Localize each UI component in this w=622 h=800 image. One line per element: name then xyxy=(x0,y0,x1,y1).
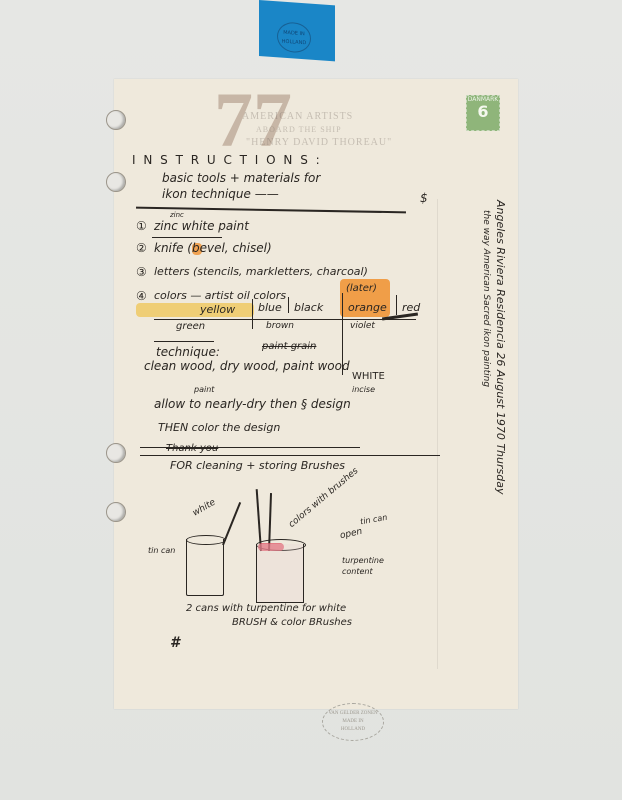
caption-line: 2 cans with turpentine for white xyxy=(186,603,346,614)
color-cell: black xyxy=(294,301,323,314)
letterhead-line: "HENRY DAVID THOREAU" xyxy=(246,137,392,148)
yellow-swatch xyxy=(136,303,254,317)
then-line: THEN color the design xyxy=(158,421,280,434)
binder-hole xyxy=(106,110,126,130)
sketch-label-tin-can: tin can xyxy=(148,545,176,556)
vertical-margin-note-line2: the way American Sacred ikon painting xyxy=(481,210,491,387)
sketch-label-tin-can-right: tin can xyxy=(359,513,387,527)
color-annotation: (later) xyxy=(346,283,377,294)
tape-emboss-stamp: MADE IN HOLLAND xyxy=(277,21,311,53)
sketch-label-colors: colors with brushes xyxy=(287,466,360,530)
divider xyxy=(140,455,440,456)
sketch-label-open: open xyxy=(339,527,363,541)
item-text: letters (stencils, markletters, charcoal… xyxy=(154,265,368,278)
subheading: ikon technique —— xyxy=(162,187,279,201)
cleaning-line: FOR cleaning + storing Brushes xyxy=(170,459,345,472)
watermark-stamp: VAN GELDER ZONEN MADE IN HOLLAND xyxy=(322,703,384,741)
binder-hole xyxy=(106,172,126,192)
color-cell: green xyxy=(176,321,205,332)
item-text: knife (bevel, chisel) xyxy=(154,241,272,255)
instruction-sheet: 77 AMERICAN ARTISTS ABOARD THE SHIP "HEN… xyxy=(114,79,518,709)
table-rule xyxy=(154,319,416,320)
table-divider xyxy=(252,299,253,329)
insert-word: paint xyxy=(194,385,214,394)
item-text: zinc white paint xyxy=(154,219,249,233)
technique-label: technique: xyxy=(156,345,220,359)
stamp-value: 6 xyxy=(467,103,499,121)
caption-line: BRUSH & color BRushes xyxy=(232,617,352,628)
table-divider xyxy=(288,297,289,313)
heading: I N S T R U C T I O N S : xyxy=(132,153,322,167)
technique-line: clean wood, dry wood, paint wood xyxy=(144,359,350,373)
item-number: ② xyxy=(136,241,147,255)
margin-mark: $ xyxy=(420,191,428,205)
item-number: ③ xyxy=(136,265,147,279)
vertical-margin-note: Angeles Riviera Residencia 26 August 197… xyxy=(494,200,507,494)
sketch-label-turpentine: turpentine content xyxy=(342,555,402,577)
blue-tape: MADE IN HOLLAND xyxy=(259,0,335,61)
color-cell: brown xyxy=(266,321,294,331)
can-left xyxy=(186,539,224,596)
letterhead-line: ABOARD THE SHIP xyxy=(256,125,342,134)
danish-postage-stamp: DANMARK 6 xyxy=(466,95,500,131)
color-cell: orange xyxy=(348,301,387,314)
letterhead-line: AMERICAN ARTISTS xyxy=(242,111,353,122)
item-number: ① xyxy=(136,219,147,233)
insert-word: incise xyxy=(352,385,375,394)
subheading: basic tools + materials for xyxy=(162,171,320,185)
underline xyxy=(152,237,222,238)
can-right xyxy=(256,544,304,603)
binder-hole xyxy=(106,502,126,522)
technique-white: WHITE xyxy=(352,371,385,382)
allow-line: allow to nearly-dry then § design xyxy=(154,397,351,411)
brush-icon xyxy=(222,502,241,545)
item-number: ④ xyxy=(136,289,147,303)
fold-line xyxy=(437,199,438,669)
color-cell: violet xyxy=(350,321,375,331)
signature-mark: # xyxy=(170,635,180,651)
sketch-label-white: white xyxy=(191,498,217,519)
item-superscript: zinc xyxy=(170,211,184,219)
divider xyxy=(154,341,214,342)
table-divider xyxy=(396,295,397,315)
color-cell: yellow xyxy=(200,303,235,316)
color-cell: blue xyxy=(258,301,282,314)
technique-struck: paint grain xyxy=(262,341,316,352)
binder-hole xyxy=(106,443,126,463)
thank-you-struck: Thank you xyxy=(166,443,218,454)
